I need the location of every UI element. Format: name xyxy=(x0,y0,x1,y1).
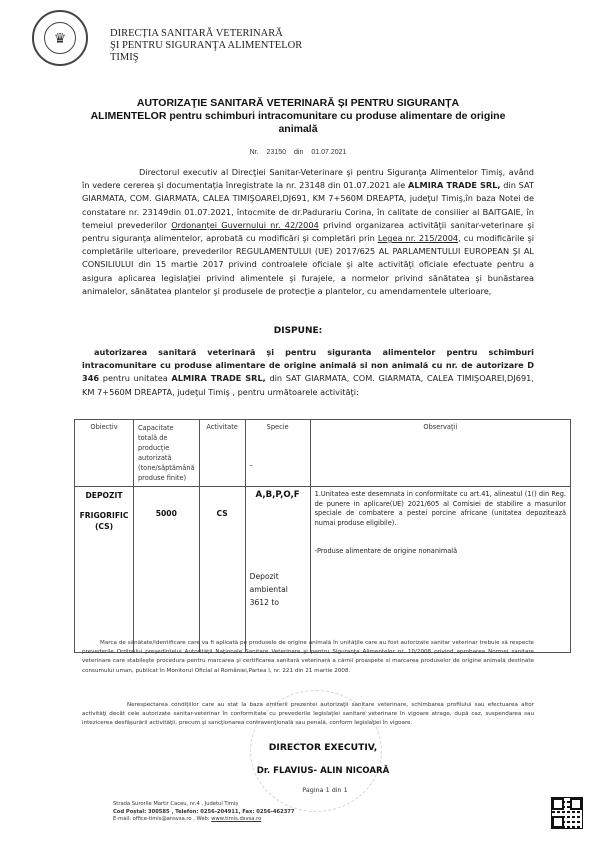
institution-line: TIMIŞ xyxy=(110,52,302,64)
cell-obiectiv: DEPOZIT FRIGORIFIC (CS) xyxy=(75,487,134,653)
institution-line: ŞI PENTRU SIGURANŢA ALIMENTELOR xyxy=(110,40,302,52)
title-line: ALIMENTELOR pentru schimburi intracomuni… xyxy=(60,110,536,123)
observation-1: 1.Unitatea este desemnata in conformitat… xyxy=(315,490,566,528)
header-activitate: Activitate xyxy=(199,420,245,487)
qr-code-icon xyxy=(551,797,583,829)
document-number: Nr.23150din01.07.2021 xyxy=(0,149,596,156)
cell-specie: A,B,P,O,F Depozit ambiental 3612 to xyxy=(245,487,310,653)
title-line: AUTORIZAŢIE SANITARĂ VETERINARĂ ȘI PENTR… xyxy=(60,97,536,110)
header-specie: Specie – xyxy=(245,420,310,487)
header-obiectiv: Obiectiv xyxy=(75,420,134,487)
header-specie-mark: – xyxy=(250,461,306,469)
intro-paragraph: Directorul executiv al Direcţiei Sanitar… xyxy=(82,166,534,298)
footer-contact: Strada Surorile Martir Caceu, nr.4 , Jud… xyxy=(113,801,295,824)
page-number: Pagina 1 din 1 xyxy=(0,786,596,794)
table-header-row: Obiectiv Capacitate totală de producţie … xyxy=(75,420,571,487)
document-title: AUTORIZAŢIE SANITARĂ VETERINARĂ ȘI PENTR… xyxy=(60,97,536,136)
dispune-text: pentru unitatea xyxy=(99,373,171,383)
footer-address: Strada Surorile Martir Caceu, nr.4 , Jud… xyxy=(113,801,295,809)
number-value: 23150 xyxy=(267,149,286,156)
activities-table: Obiectiv Capacitate totală de producţie … xyxy=(74,419,571,653)
specie-codes: A,B,P,O,F xyxy=(250,490,306,500)
company-name: ALMIRA TRADE SRL, xyxy=(408,180,501,190)
header-capacitate: Capacitate totală de producţie autorizat… xyxy=(134,420,200,487)
dispune-heading: DISPUNE: xyxy=(0,326,596,336)
table-row: DEPOZIT FRIGORIFIC (CS) 5000 CS A,B,P,O,… xyxy=(75,487,571,653)
date-value: 01.07.2021 xyxy=(311,149,346,156)
footer-web-link[interactable]: www.timis.dsvsa.ro xyxy=(211,816,261,822)
header-observatii: Observaţii xyxy=(310,420,570,487)
header-specie-label: Specie xyxy=(250,423,306,431)
health-mark-note: Marca de sănătate/identificare care va f… xyxy=(82,639,534,676)
title-line: animală xyxy=(60,123,536,136)
observation-2: -Produse alimentare de origine nonanimal… xyxy=(315,547,566,557)
government-seal-logo: ♛ xyxy=(32,10,88,66)
company-name: ALMIRA TRADE SRL, xyxy=(171,373,265,383)
obiectiv-line: FRIGORIFIC (CS) xyxy=(79,510,129,532)
date-label: din xyxy=(294,149,303,156)
law-link[interactable]: Legea nr. 215/2004 xyxy=(378,233,458,243)
coat-of-arms-icon: ♛ xyxy=(44,22,76,54)
obiectiv-line: DEPOZIT xyxy=(79,490,129,501)
number-label: Nr. xyxy=(250,149,259,156)
signatory-name: Dr. FLAVIUS- ALIN NICOARĂ xyxy=(0,766,596,776)
qr-finder-pattern xyxy=(552,816,564,828)
cell-activitate: CS xyxy=(199,487,245,653)
signatory-role: DIRECTOR EXECUTIV, xyxy=(0,742,596,753)
specie-note: Depozit ambiental 3612 to xyxy=(250,570,306,609)
footer-phone: Cod Poștal: 300585 , Telefon: 0256-20491… xyxy=(113,809,295,817)
ordinance-link[interactable]: Ordonanţei Guvernului nr. 42/2004 xyxy=(171,220,319,230)
dispune-paragraph: autorizarea sanitară veterinară și pentr… xyxy=(82,346,534,399)
institution-name: DIRECȚIA SANITARĂ VETERINARĂ ŞI PENTRU S… xyxy=(110,28,302,64)
cell-capacitate: 5000 xyxy=(134,487,200,653)
noncompliance-note: Nerespectarea condiţiilor care au stat l… xyxy=(82,701,534,729)
cell-observatii: 1.Unitatea este desemnata in conformitat… xyxy=(310,487,570,653)
footer-email: E-mail: office-timis@ansvsa.ro , Web: xyxy=(113,816,211,822)
footer-email-line: E-mail: office-timis@ansvsa.ro , Web: ww… xyxy=(113,816,295,824)
institution-line: DIRECȚIA SANITARĂ VETERINARĂ xyxy=(110,28,302,40)
